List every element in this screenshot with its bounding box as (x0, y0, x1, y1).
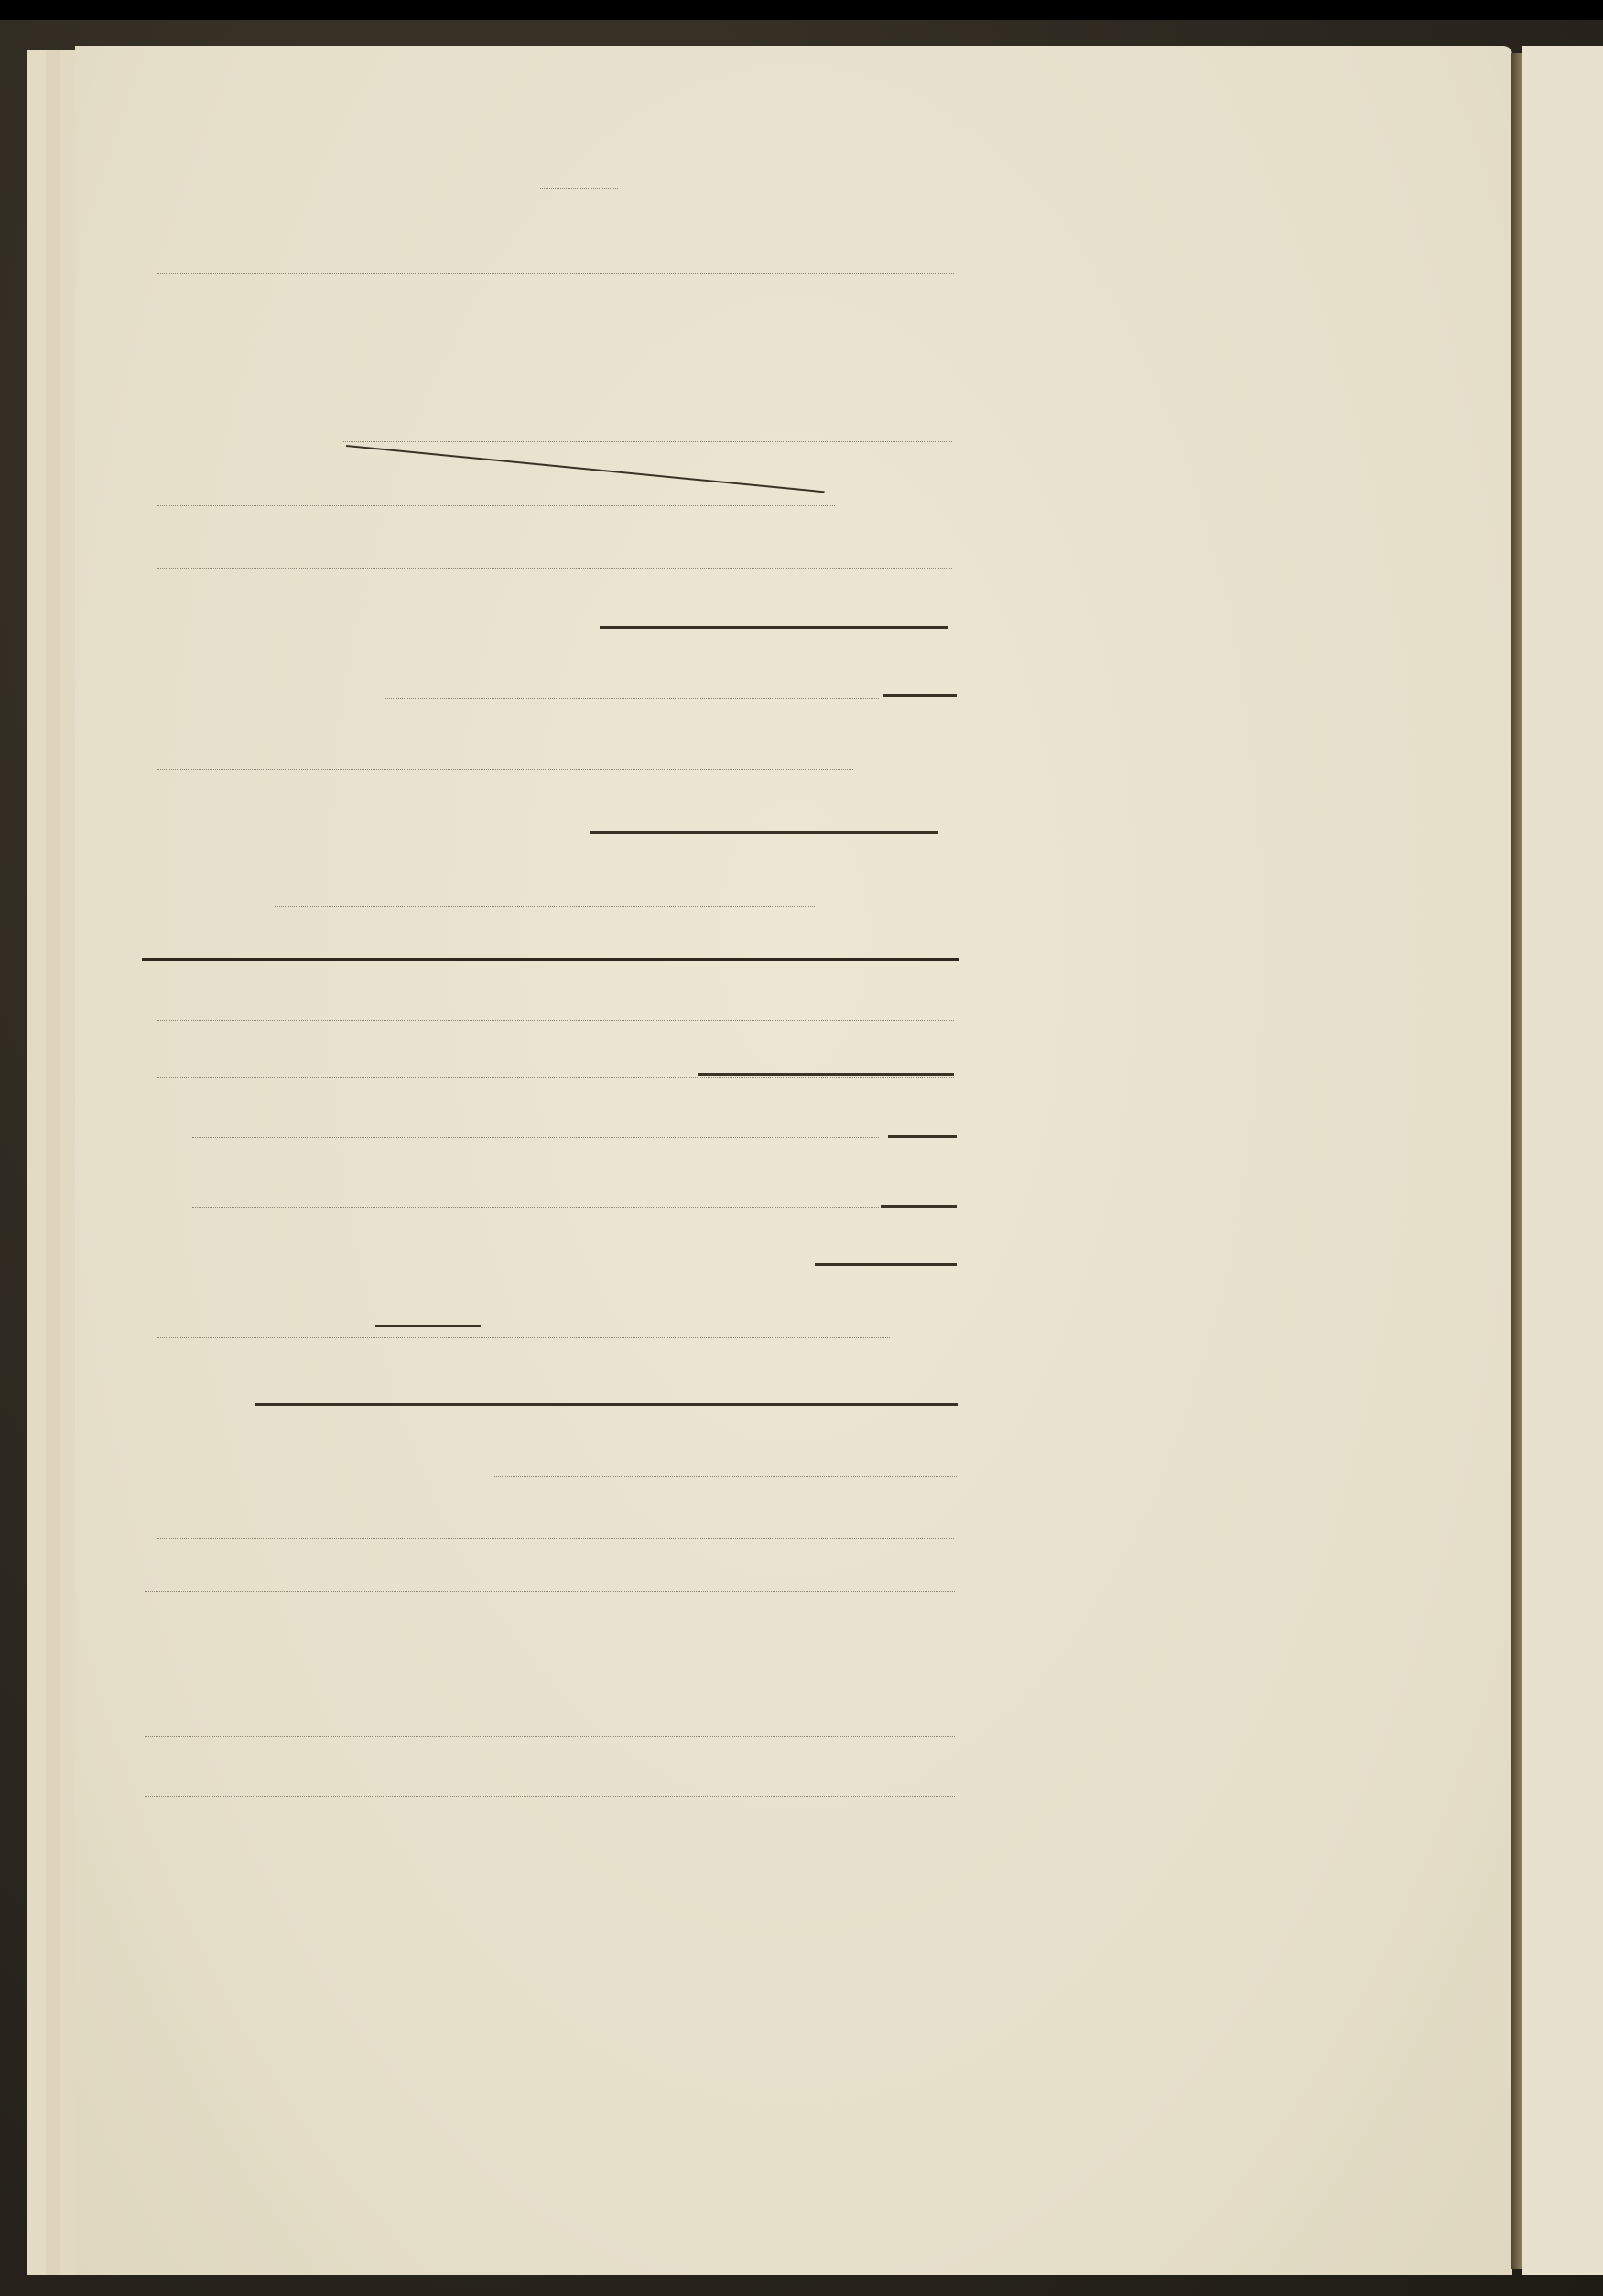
born-dotline (275, 906, 815, 907)
person-dotline (343, 441, 952, 442)
informant-signature-dotline (157, 1538, 954, 1539)
day-fill-line (881, 1205, 957, 1208)
deceased-dotline (385, 698, 879, 699)
year-fill-line (815, 1263, 957, 1266)
person-strikeline (346, 445, 825, 493)
time-dotline (157, 1337, 890, 1338)
section-divider (142, 958, 959, 961)
day-dotline (192, 1207, 879, 1208)
window-title (0, 0, 1603, 20)
mark-dotline (145, 1591, 955, 1592)
parents-fill-line (698, 1073, 954, 1076)
read-dotline (494, 1476, 957, 1477)
parents-dotline2 (157, 1077, 954, 1078)
informant-dotline (157, 568, 952, 569)
parents-dotline1 (157, 1020, 954, 1021)
age-dotline (157, 769, 853, 770)
bekannt-dotline (157, 505, 835, 506)
place-dotline (192, 1137, 879, 1138)
register-entry (0, 0, 1603, 2296)
registrar-dotline (145, 1736, 955, 1737)
time-fill-line (375, 1325, 481, 1327)
number-dotline (540, 188, 618, 189)
place-fill-line (888, 1135, 957, 1138)
deceased-fill-line (883, 694, 957, 697)
blank-dotline (145, 1796, 955, 1797)
residence2-fill-line (590, 831, 938, 834)
died-fill-line (255, 1403, 958, 1406)
residence1-fill-line (600, 626, 948, 629)
header-dotline (157, 273, 954, 274)
